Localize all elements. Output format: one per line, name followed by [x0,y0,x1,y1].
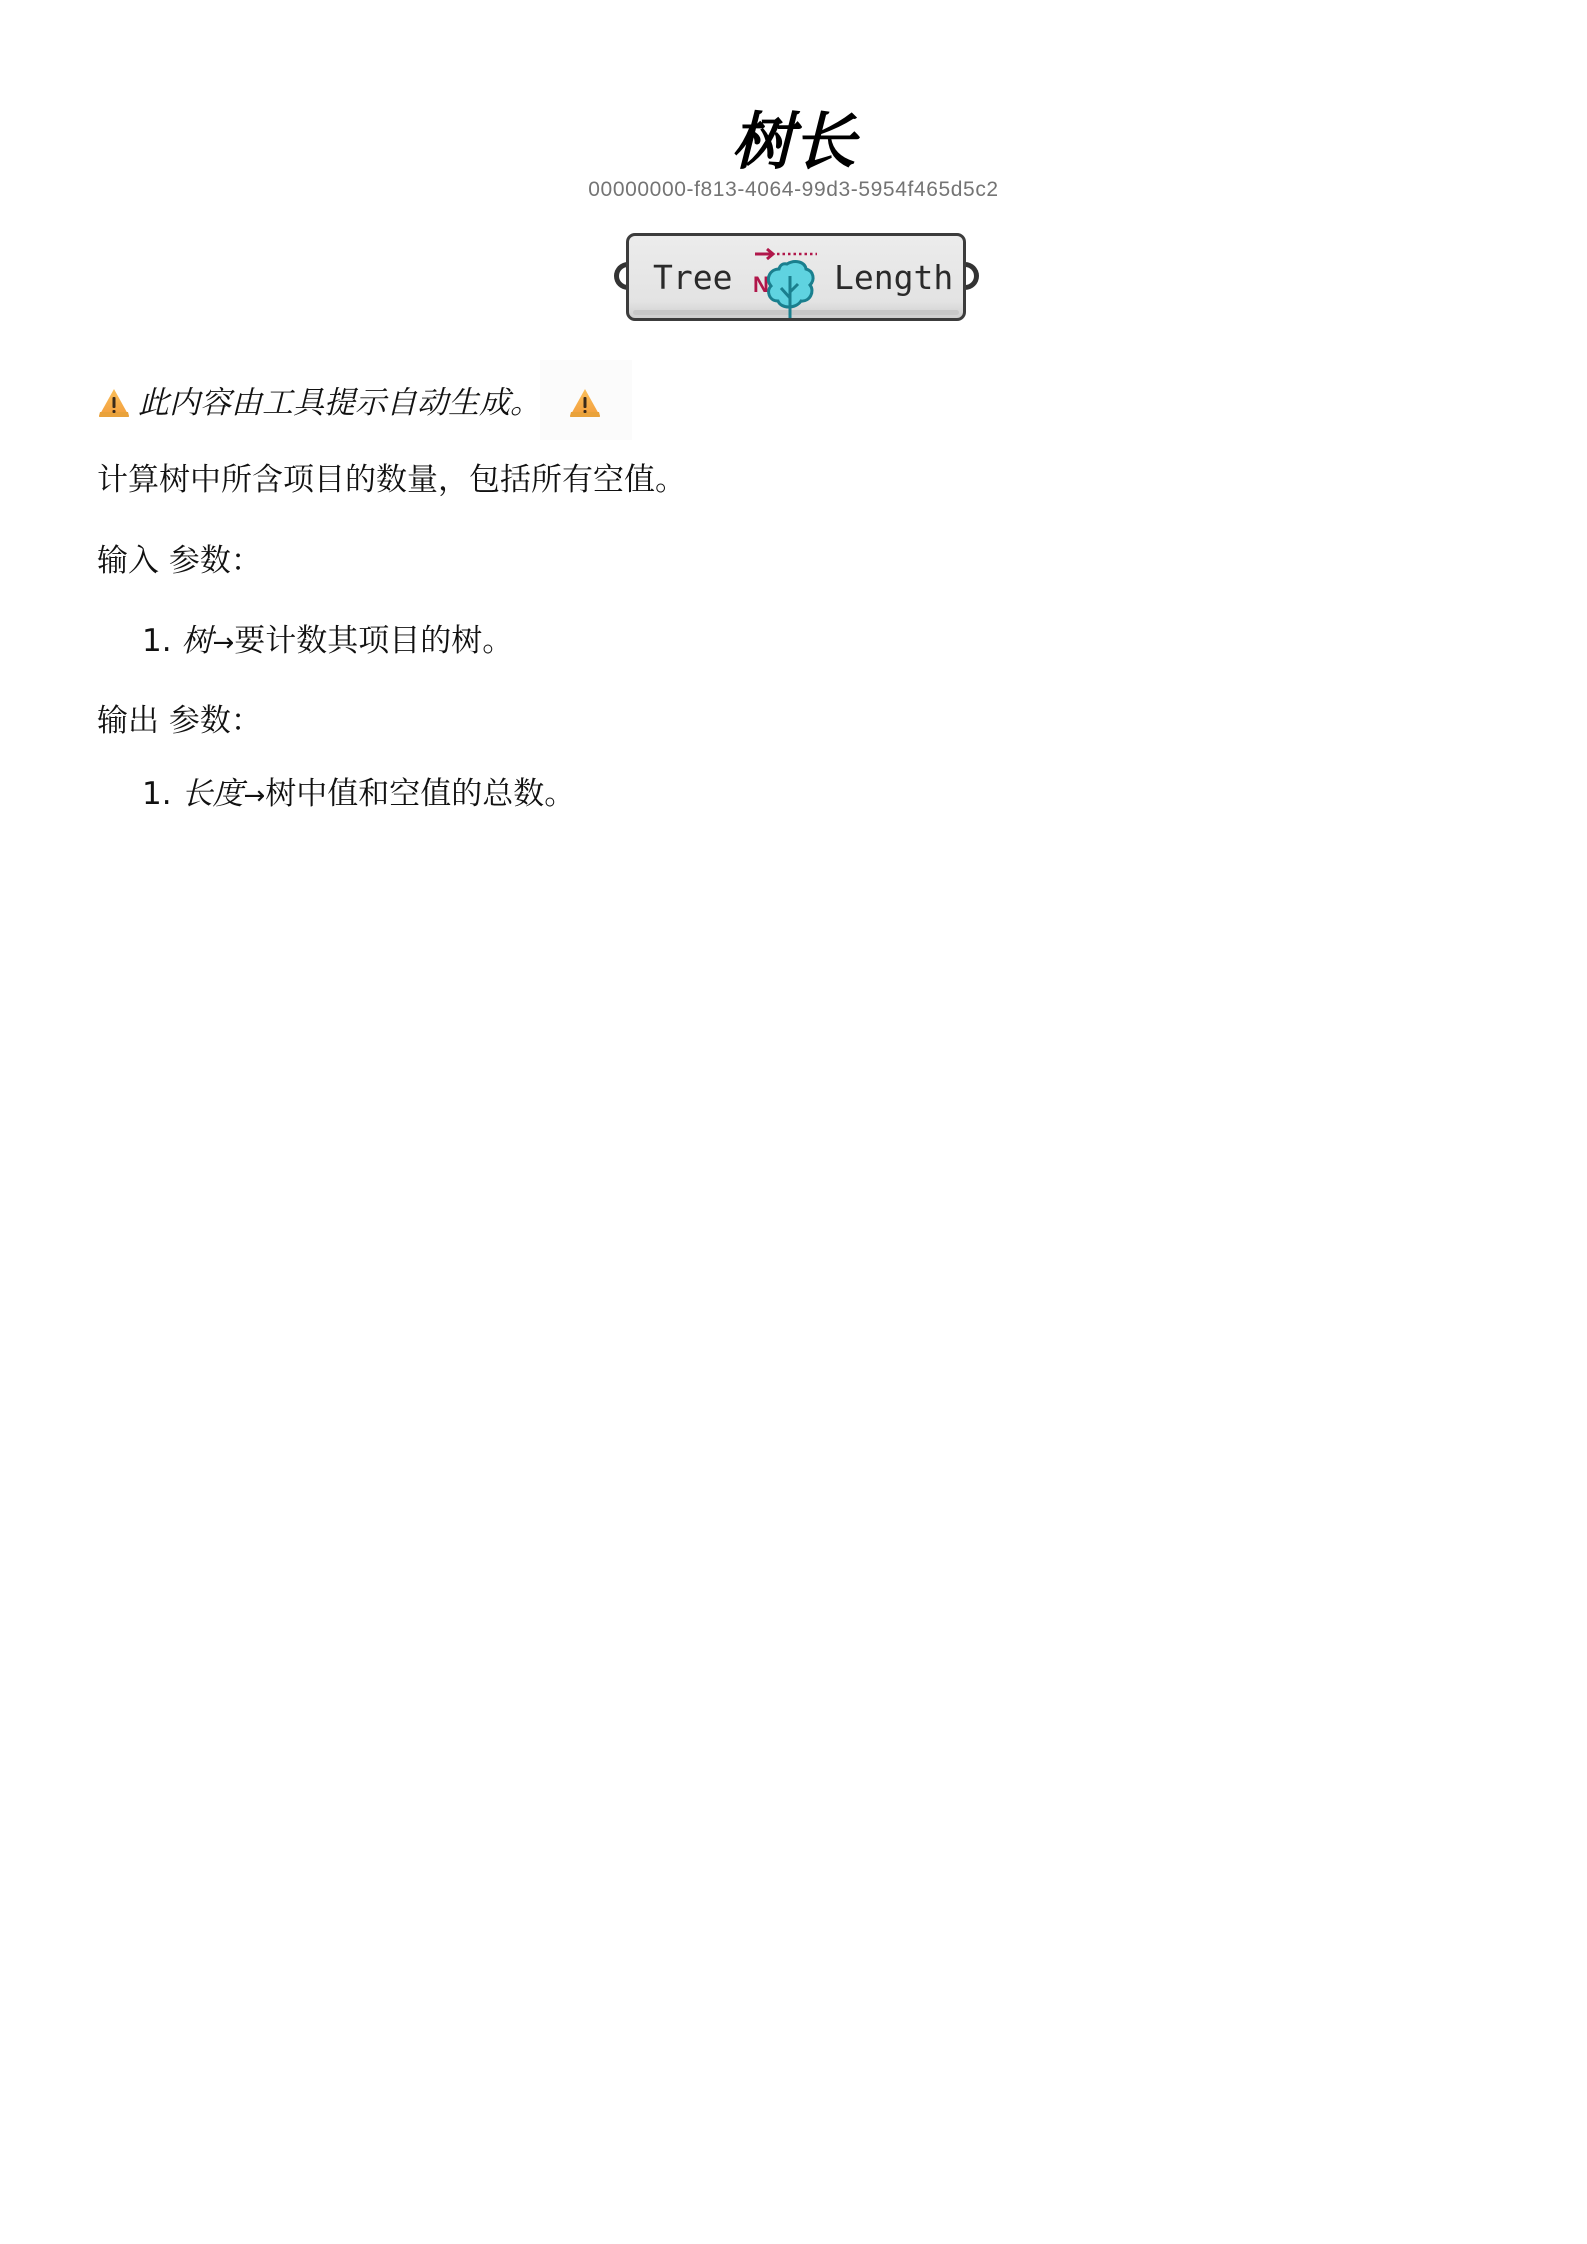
arrow-icon: → [243,781,265,811]
outputs-heading: 输出 参数： [97,701,262,741]
notice-text: 此内容由工具提示自动生成。 [138,383,541,423]
inputs-heading: 输入 参数： [97,541,262,581]
node-output-label: Length [834,258,953,298]
svg-text:N: N [753,272,769,297]
list-number: 1. [142,623,172,659]
param-name: 长度 [181,776,243,812]
component-description: 计算树中所含项目的数量，包括所有空值。 [97,460,686,500]
page-title: 树长 [0,104,1587,180]
param-description: 要计数其项目的树。 [234,623,513,659]
param-name: 树 [181,623,212,659]
node-input-label: Tree [653,258,732,298]
list-number: 1. [142,776,172,812]
arrow-icon: → [212,628,234,658]
output-param-item: 1. 长度→树中值和空值的总数。 [142,774,575,816]
warning-icon [98,388,130,418]
auto-generated-notice: 此内容由工具提示自动生成。 [98,383,601,423]
input-param-item: 1. 树→要计数其项目的树。 [142,621,513,663]
component-node[interactable]: Tree N Length [626,233,966,321]
output-port[interactable] [965,262,979,290]
component-guid: 00000000-f813-4064-99d3-5954f465d5c2 [0,178,1587,202]
tree-count-icon: N [751,246,821,320]
param-description: 树中值和空值的总数。 [265,776,575,812]
warning-icon [569,388,601,418]
